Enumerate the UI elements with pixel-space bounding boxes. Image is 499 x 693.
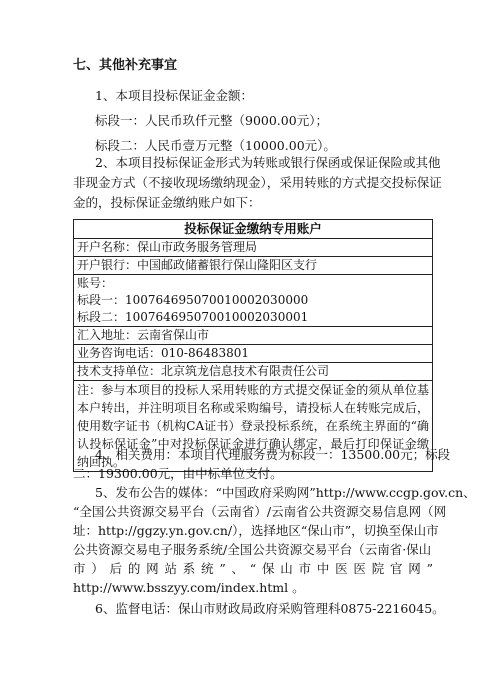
account-lot2: 标段二：100764695070010002030001 [77, 309, 429, 326]
tech-support-row: 技术支持单位：北京筑龙信息技术有限责任公司 [74, 363, 433, 381]
item6-line1: 6、监督电话：保山市财政局政府采购管理科0875-2216045。 [95, 601, 445, 617]
item5-line3: 址：http://ggzy.yn.gov.cn/），选择地区“保山市”，切换至保… [73, 523, 439, 539]
account-number-row: 账号： 标段一：100764695070010002030000 标段二：100… [74, 275, 433, 327]
item5-line5: 市）后的网站系统”、“保山市中医医院官网” [73, 561, 433, 577]
remit-address-row: 汇入地址：云南省保山市 [74, 327, 433, 345]
table-title: 投标保证金缴纳专用账户 [74, 220, 433, 239]
item2-line1: 2、本项目投标保证金形式为转账或银行保函或保证保险或其他 [95, 155, 440, 171]
item1-lot1: 标段一：人民币玖仟元整（9000.00元）； [95, 113, 328, 129]
item1-title: 1、本项目投标保证金金额： [95, 88, 253, 104]
document-page: 七、其他补充事宜 1、本项目投标保证金金额： 标段一：人民币玖仟元整（9000.… [0, 0, 499, 693]
section-heading: 七、其他补充事宜 [73, 58, 177, 74]
item2-line2: 非现金方式（不接收现场缴纳现金），采用转账的方式提交投标保证 [73, 175, 442, 191]
account-label: 账号： [77, 275, 429, 292]
item5-line1: 5、发布公告的媒体：“中国政府采购网”http://www.ccgp.gov.c… [95, 485, 476, 501]
item5-line6: http://www.bsszyy.com/index.html 。 [73, 580, 305, 596]
item2-line3: 金的，投标保证金缴纳账户如下： [73, 195, 261, 211]
account-lot1: 标段一：100764695070010002030000 [77, 292, 429, 309]
item5-line2: “全国公共资源交易平台（云南省）/云南省公共资源交易信息网（网 [73, 504, 446, 520]
hotline-row: 业务咨询电话：010-86483801 [74, 345, 433, 363]
item5-line4: 公共资源交易电子服务系统/全国公共资源交易平台（云南省·保山 [73, 542, 431, 558]
item1-lot2: 标段二：人民币壹万元整（10000.00元）。 [95, 138, 336, 154]
deposit-account-table: 投标保证金缴纳专用账户 开户名称：保山市政务服务管理局 开户银行：中国邮政储蓄银… [73, 219, 433, 472]
bank-row: 开户银行：中国邮政储蓄银行保山隆阳区支行 [74, 257, 433, 275]
account-name-row: 开户名称：保山市政务服务管理局 [74, 239, 433, 257]
item4-line1: 4、相关费用：本项目代理服务费为标段一：13500.00元；标段 [95, 447, 450, 463]
item4-line2: 二：19300.00元，由中标单位支付。 [73, 466, 283, 482]
